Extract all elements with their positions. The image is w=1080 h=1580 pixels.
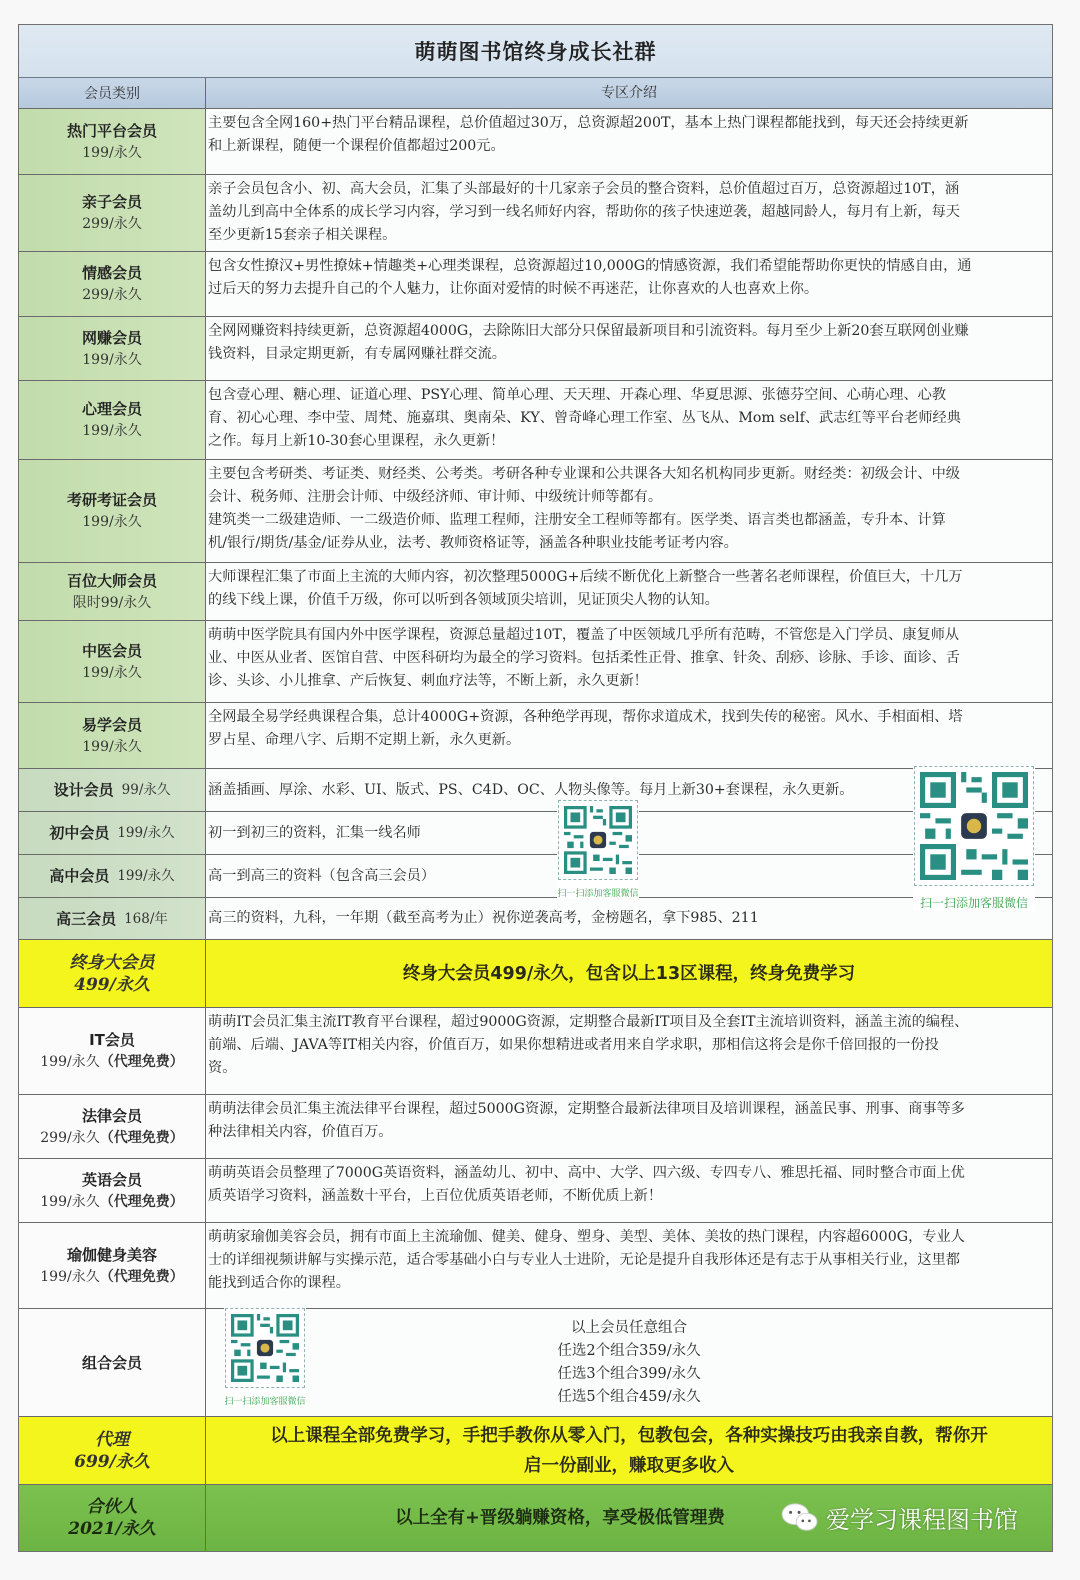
category-name: 网赚会员 (82, 327, 142, 349)
table-row-it: IT会员199/永久（代理免费） 萌萌IT会员汇集主流IT教育平台课程，超过90… (19, 1008, 1052, 1095)
table-row-hot-platform: 热门平台会员199/永久 主要包含全网160+热门平台精品课程，总价值超过30万… (19, 109, 1052, 175)
category-description: 主要包含考研类、考证类、财经类、公考类。考研各种专业课和公共课各大知名机构同步更… (206, 460, 1052, 562)
qr-code-icon (920, 772, 1028, 880)
category-description: 亲子会员包含小、初、高大会员，汇集了头部最好的十几家亲子会员的整合资料，总价值超… (206, 175, 1052, 251)
category-price: 199/永久 (82, 420, 141, 442)
table-row-exam: 考研考证会员199/永久 主要包含考研类、考证类、财经类、公考类。考研各种专业课… (19, 460, 1052, 563)
category-price: 168/年 (124, 908, 168, 930)
category-name: 初中会员 (49, 822, 109, 844)
category-description: 包含女性撩汉+男性撩妹+情趣类+心理类课程，总资源超过10,000G的情感资源，… (206, 252, 1052, 316)
category-price: 299/永久 (82, 213, 141, 235)
category-name: 心理会员 (82, 398, 142, 420)
category-price: 199/永久 (40, 1269, 99, 1285)
watermark: 爱学习课程图书馆 (780, 1500, 1018, 1535)
category-description: 萌萌家瑜伽美容会员，拥有市面上主流瑜伽、健美、健身、塑身、美型、美体、美妆的热门… (206, 1223, 1052, 1308)
category-price: 199/永久 (117, 822, 174, 844)
category-name: 高三会员 (56, 908, 116, 930)
category-price: 299/永久 (40, 1130, 99, 1146)
membership-table: 萌萌图书馆终身成长社群 会员类别 专区介绍 热门平台会员199/永久 主要包含全… (18, 24, 1053, 1552)
table-row-grade-12: 高三会员168/年 高三的资料，九科，一年期（截至高考为止）祝你逆袭高考，金榜题… (19, 898, 1052, 940)
table-row-parenting: 亲子会员299/永久 亲子会员包含小、初、高大会员，汇集了头部最好的十几家亲子会… (19, 175, 1052, 252)
category-description: 萌萌中医学院具有国内外中医学课程，资源总量超过10T，覆盖了中医领域几乎所有范畴… (206, 621, 1052, 702)
table-row-agent: 代理699/永久 以上课程全部免费学习，手把手教你从零入门，包教包会，各种实操技… (19, 1417, 1052, 1485)
category-price: 299/永久 (82, 284, 141, 306)
category-description: 终身大会员499/永久，包含以上13区课程，终身免费学习 (206, 940, 1052, 1007)
category-name: 瑜伽健身美容 (67, 1244, 157, 1266)
category-price: 199/永久 (40, 1194, 99, 1210)
agent-free-tag: （代理免费） (100, 1054, 184, 1070)
table-row-online-earning: 网赚会员199/永久 全网网赚资料持续更新，总资源超4000G，去除陈旧大部分只… (19, 317, 1052, 381)
category-price: 2021/永久 (68, 1518, 156, 1540)
category-description: 萌萌法律会员汇集主流法律平台课程，超过5000G资源，定期整合最新法律项目及培训… (206, 1095, 1052, 1158)
qr-caption: 扫一扫添加客服微信 (557, 886, 638, 899)
category-name: 英语会员 (82, 1169, 142, 1191)
category-description: 全网最全易学经典课程合集，总计4000G+资源，各种绝学再现，帮你求道成术，找到… (206, 703, 1052, 768)
category-price: 99/永久 (122, 779, 171, 801)
category-name: IT会员 (89, 1029, 135, 1051)
page-title: 萌萌图书馆终身成长社群 (19, 25, 1052, 78)
qr-code-small-combo[interactable]: 扫一扫添加客服微信 (224, 1308, 306, 1407)
category-price: 199/永久 (82, 349, 141, 371)
watermark-text: 爱学习课程图书馆 (826, 1500, 1018, 1535)
table-header-row: 会员类别 专区介绍 (19, 78, 1052, 109)
table-row-junior-high: 初中会员199/永久 初一到初三的资料，汇集一线名师 (19, 812, 1052, 855)
table-row-psychology: 心理会员199/永久 包含壹心理、糖心理、证道心理、PSY心理、简单心理、天天理… (19, 381, 1052, 460)
category-description: 主要包含全网160+热门平台精品课程，总价值超过30万，总资源超200T，基本上… (206, 109, 1052, 174)
table-row-yixue: 易学会员199/永久 全网最全易学经典课程合集，总计4000G+资源，各种绝学再… (19, 703, 1052, 769)
table-row-masters: 百位大师会员限时99/永久 大师课程汇集了市面上主流的大师内容，初次整理5000… (19, 563, 1052, 621)
table-row-senior-high: 高中会员199/永久 高一到高三的资料（包含高三会员） (19, 855, 1052, 898)
category-price: 限时99/永久 (73, 592, 152, 614)
category-name: 热门平台会员 (67, 120, 157, 142)
category-description: 萌萌英语会员整理了7000G英语资料，涵盖幼儿、初中、高中、大学、四六级、专四专… (206, 1159, 1052, 1222)
category-name: 终身大会员 (70, 952, 155, 974)
wechat-icon (780, 1502, 820, 1534)
table-row-tcm: 中医会员199/永久 萌萌中医学院具有国内外中医学课程，资源总量超过10T，覆盖… (19, 621, 1052, 703)
qr-code-icon (564, 806, 632, 874)
table-row-english: 英语会员199/永久（代理免费） 萌萌英语会员整理了7000G英语资料，涵盖幼儿… (19, 1159, 1052, 1223)
category-description: 全网网赚资料持续更新，总资源超4000G，去除陈旧大部分只保留最新项目和引流资料… (206, 317, 1052, 380)
category-name: 设计会员 (54, 779, 114, 801)
category-price: 199/永久 (40, 1054, 99, 1070)
category-name: 高中会员 (49, 865, 109, 887)
category-description: 大师课程汇集了市面上主流的大师内容，初次整理5000G+后续不断优化上新整合一些… (206, 563, 1052, 620)
category-name: 亲子会员 (82, 191, 142, 213)
category-price: 699/永久 (74, 1451, 150, 1473)
agent-free-tag: （代理免费） (100, 1194, 184, 1210)
category-price: 199/永久 (82, 662, 141, 684)
qr-caption: 扫一扫添加客服微信 (920, 894, 1028, 911)
header-intro: 专区介绍 (206, 78, 1052, 108)
category-name: 代理 (95, 1429, 129, 1451)
category-name: 百位大师会员 (67, 570, 157, 592)
category-name: 法律会员 (82, 1105, 142, 1127)
category-name: 情感会员 (82, 262, 142, 284)
table-row-yoga: 瑜伽健身美容199/永久（代理免费） 萌萌家瑜伽美容会员，拥有市面上主流瑜伽、健… (19, 1223, 1052, 1309)
table-row-emotion: 情感会员299/永久 包含女性撩汉+男性撩妹+情趣类+心理类课程，总资源超过10… (19, 252, 1052, 317)
category-name: 合伙人 (87, 1496, 138, 1518)
category-price: 199/永久 (82, 511, 141, 533)
category-name: 组合会员 (82, 1352, 142, 1374)
category-price: 199/永久 (82, 142, 141, 164)
qr-code-small-mid[interactable]: 扫一扫添加客服微信 (557, 800, 639, 899)
category-description: 萌萌IT会员汇集主流IT教育平台课程，超过9000G资源，定期整合最新IT项目及… (206, 1008, 1052, 1094)
table-row-design: 设计会员99/永久 涵盖插画、厚涂、水彩、UI、版式、PS、C4D、OC、人物头… (19, 769, 1052, 812)
qr-caption: 扫一扫添加客服微信 (224, 1394, 305, 1407)
category-name: 易学会员 (82, 714, 142, 736)
qr-code-large-right[interactable]: 扫一扫添加客服微信 (913, 766, 1035, 911)
category-price: 199/永久 (117, 865, 174, 887)
combo-options: 以上会员任意组合 任选2个组合359/永久 任选3个组合399/永久 任选5个组… (206, 1309, 1052, 1416)
category-description: 包含壹心理、糖心理、证道心理、PSY心理、简单心理、天天理、开森心理、华夏思源、… (206, 381, 1052, 459)
table-row-lifetime: 终身大会员499/永久 终身大会员499/永久，包含以上13区课程，终身免费学习 (19, 940, 1052, 1008)
category-price: 199/永久 (82, 736, 141, 758)
category-description: 以上课程全部免费学习，手把手教你从零入门，包教包会，各种实操技巧由我亲自教，帮你… (206, 1417, 1052, 1484)
agent-free-tag: （代理免费） (100, 1269, 184, 1285)
header-category: 会员类别 (19, 78, 206, 108)
agent-free-tag: （代理免费） (100, 1130, 184, 1146)
table-row-combo: 组合会员 以上会员任意组合 任选2个组合359/永久 任选3个组合399/永久 … (19, 1309, 1052, 1417)
qr-code-icon (231, 1314, 299, 1382)
category-name: 考研考证会员 (67, 489, 157, 511)
category-price: 499/永久 (74, 974, 150, 996)
table-row-law: 法律会员299/永久（代理免费） 萌萌法律会员汇集主流法律平台课程，超过5000… (19, 1095, 1052, 1159)
category-name: 中医会员 (82, 640, 142, 662)
